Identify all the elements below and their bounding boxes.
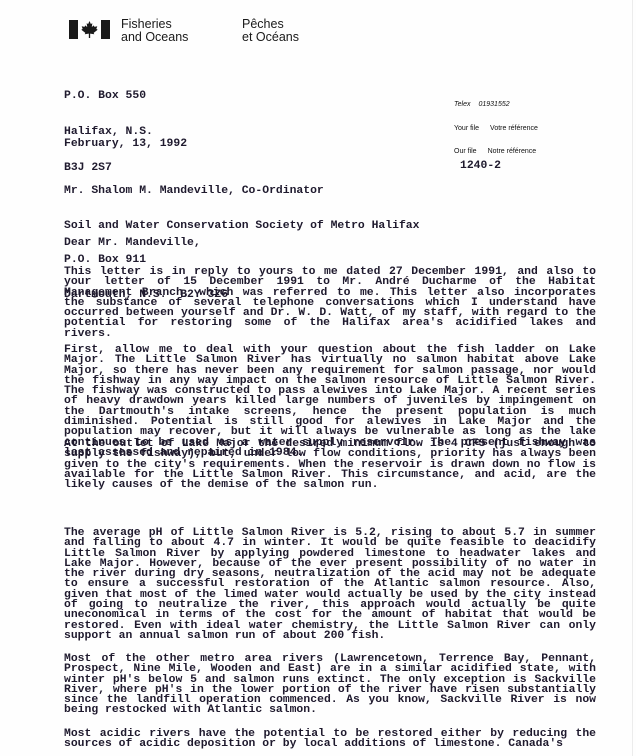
our-file-label: Our file bbox=[454, 148, 477, 155]
your-file-label-fr: Votre référence bbox=[490, 125, 538, 132]
maple-leaf-icon bbox=[80, 20, 99, 39]
our-file-line: Our fileNotre référence bbox=[454, 148, 536, 155]
body-paragraph: This letter is in reply to yours to me d… bbox=[64, 267, 596, 339]
your-file-line: Your fileVotre référence bbox=[454, 125, 538, 132]
sender-address-line: P.O. Box 550 bbox=[64, 90, 153, 102]
body-paragraph: Most of the other metro area rivers (Law… bbox=[64, 654, 596, 716]
recipient-line: Mr. Shalom M. Mandeville, Co-Ordinator bbox=[64, 186, 419, 198]
your-file-label: Your file bbox=[454, 125, 479, 132]
dept-en-line-2: and Oceans bbox=[121, 31, 188, 44]
dept-fr-line-2: et Océans bbox=[242, 31, 299, 44]
paragraph-text: Most of the other metro area rivers (Law… bbox=[64, 654, 596, 716]
our-file-number: 1240-2 bbox=[460, 160, 501, 172]
flag-left-bar bbox=[69, 20, 78, 39]
recipient-line: P.O. Box 911 bbox=[64, 255, 419, 267]
telex-label: Telex bbox=[454, 101, 470, 108]
paragraph-text: Most acidic rivers have the potential to… bbox=[64, 729, 596, 750]
telex-number: 01931552 bbox=[478, 101, 509, 108]
salutation: Dear Mr. Mandeville, bbox=[64, 237, 201, 249]
sender-address-line: Halifax, N.S. bbox=[64, 126, 153, 138]
page-edge bbox=[632, 0, 633, 756]
recipient-line: Soil and Water Conservation Society of M… bbox=[64, 221, 419, 233]
telex-line: Telex01931552 bbox=[454, 101, 510, 108]
body-paragraph: At the outlet of Lake Major the desired … bbox=[64, 439, 596, 490]
department-name-french: Pêches et Océans bbox=[242, 18, 299, 44]
letter-page: Fisheries and Oceans Pêches et Océans P.… bbox=[0, 0, 636, 756]
department-name-english: Fisheries and Oceans bbox=[121, 18, 188, 44]
paragraph-text: This letter is in reply to yours to me d… bbox=[64, 267, 596, 339]
letter-date: February, 13, 1992 bbox=[64, 138, 187, 150]
body-paragraph: The average pH of Little Salmon River is… bbox=[64, 528, 596, 641]
our-file-label-fr: Notre référence bbox=[488, 148, 537, 155]
paragraph-text: At the outlet of Lake Major the desired … bbox=[64, 439, 596, 490]
body-paragraph: Most acidic rivers have the potential to… bbox=[64, 729, 596, 750]
flag-right-bar bbox=[101, 20, 110, 39]
canada-flag-logo bbox=[68, 18, 111, 42]
paragraph-text: The average pH of Little Salmon River is… bbox=[64, 528, 596, 641]
